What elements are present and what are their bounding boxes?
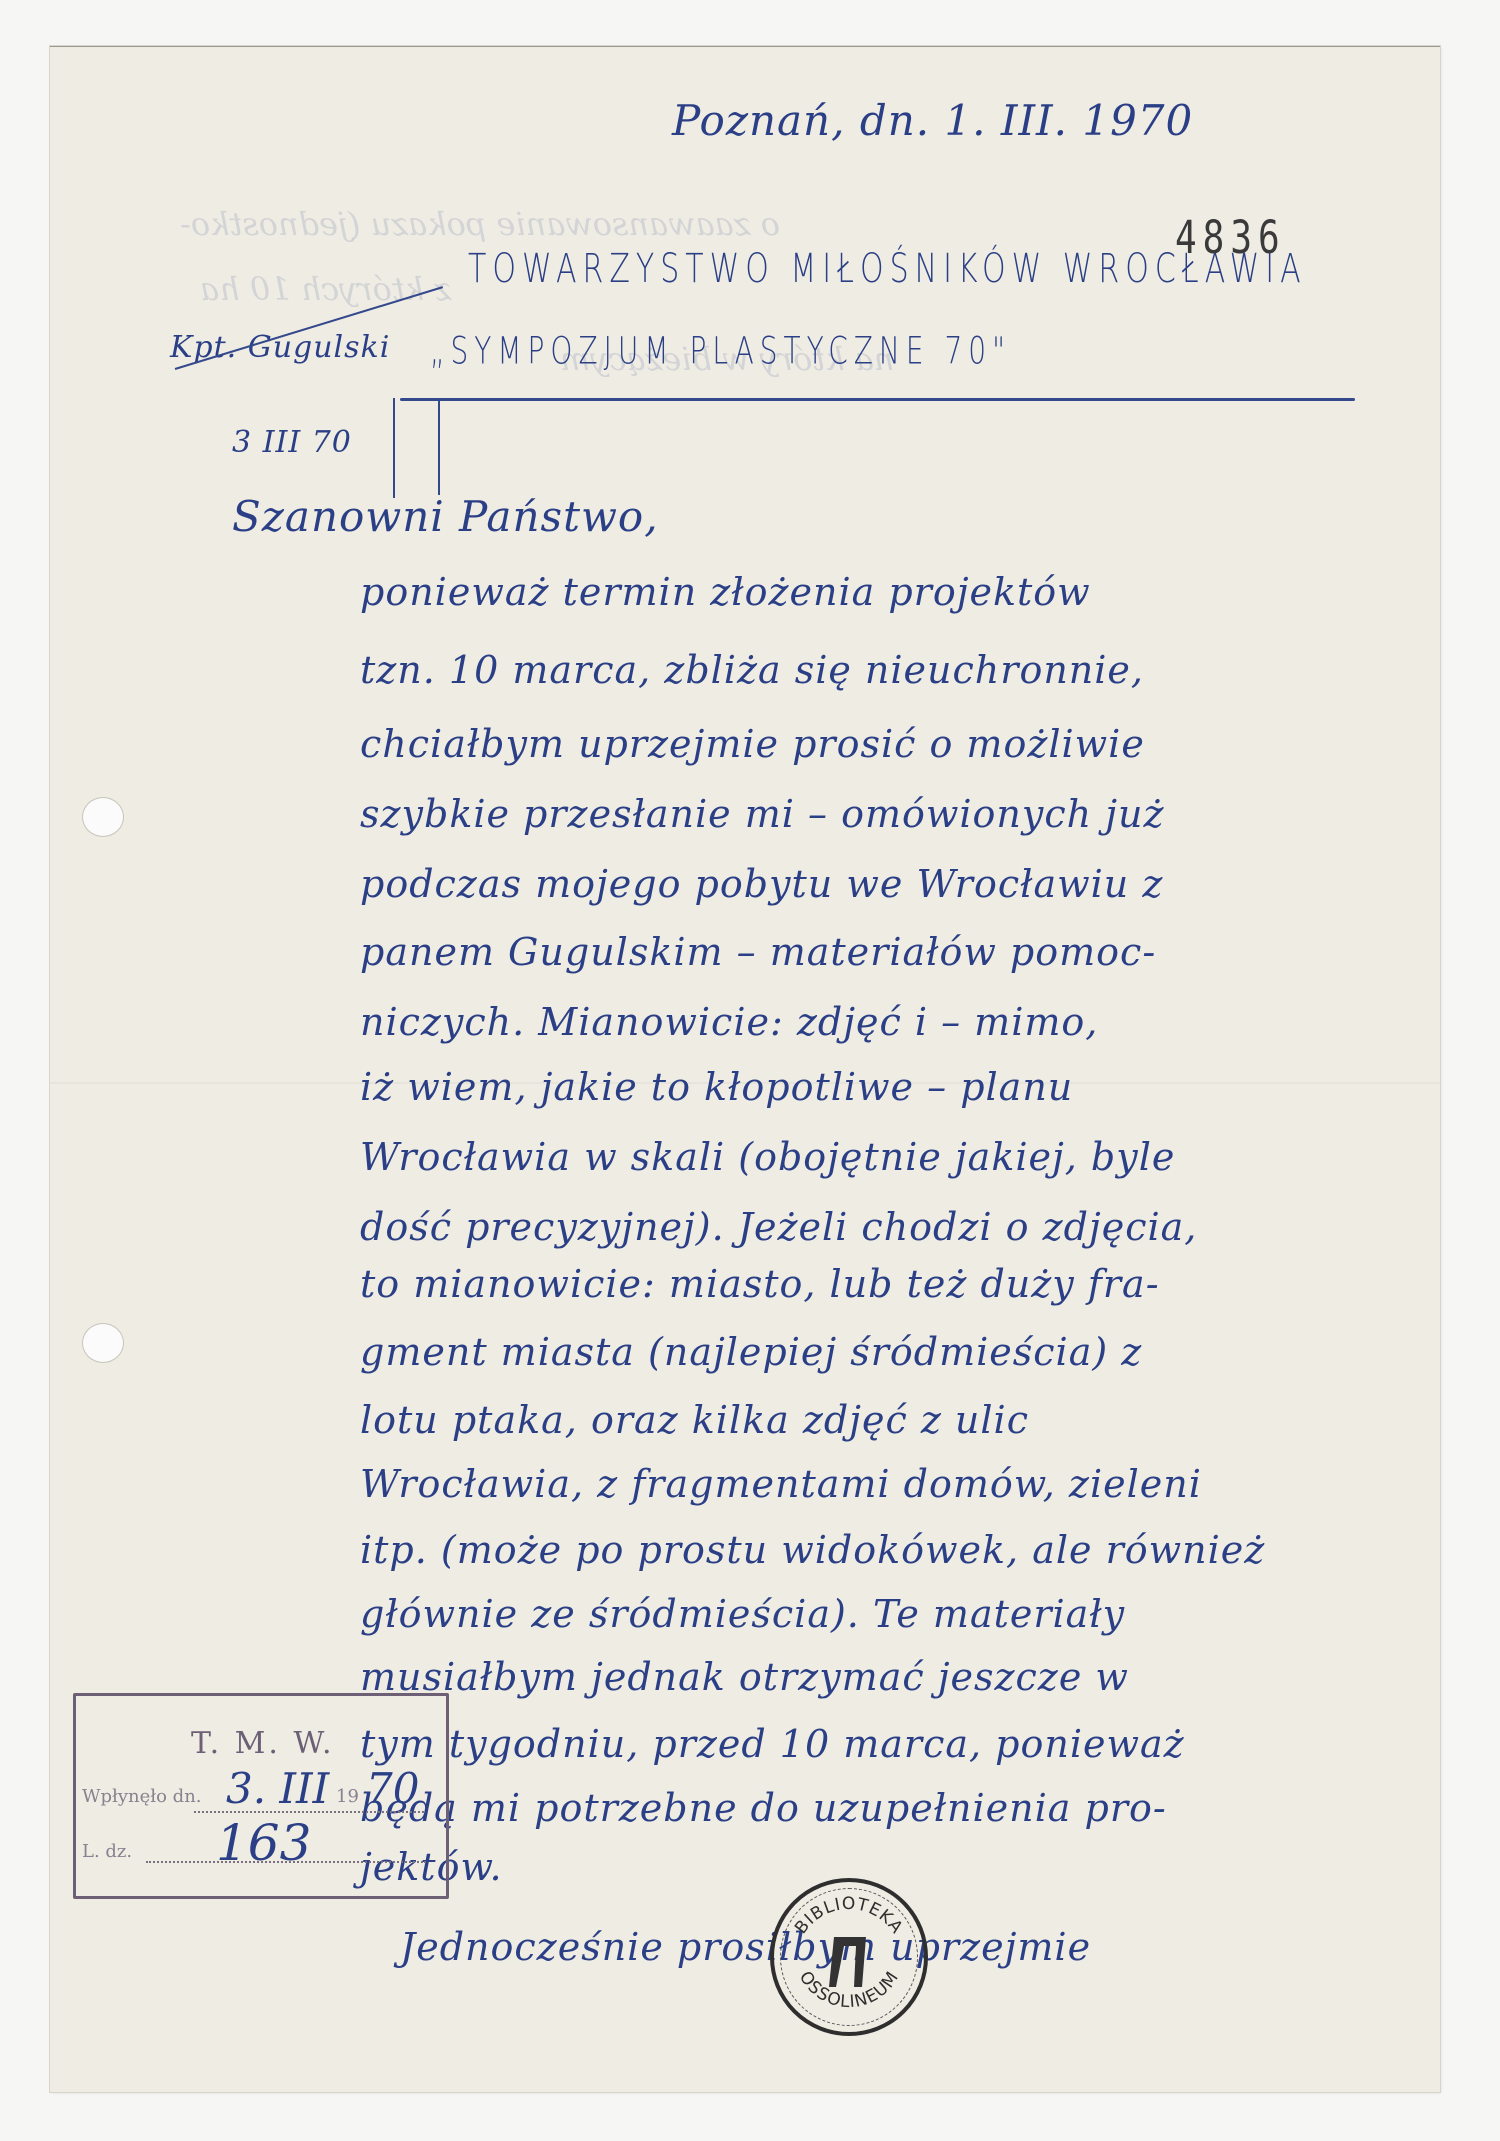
bleed-through-text: z których 10 ha [200,270,451,308]
body-line: Wrocławia, z fragmentami domów, zieleni [360,1462,1202,1506]
body-line: to mianowicie: miasto, lub też duży fra- [360,1262,1160,1306]
library-stamp-emblem-icon: BIBLIOTEKA OSSOLINEUM [774,1882,924,2032]
punch-hole-lower [82,1323,124,1363]
body-line: szybkie przesłanie mi – omówionych już [360,792,1164,836]
punch-hole-upper [82,797,124,837]
subject-underline [400,398,1355,401]
margin-bracket-right [438,400,440,495]
body-line: itp. (może po prostu widokówek, ale równ… [360,1528,1265,1572]
year-prefix: 19 [336,1786,359,1807]
body-line: będą mi potrzebne do uzupełnienia pro- [360,1786,1167,1830]
body-line: tym tygodniu, przed 10 marca, ponieważ [360,1722,1185,1766]
closing-line: Jednocześnie prosiłbym uprzejmie [400,1925,1091,1969]
body-line: musiałbym jednak otrzymać jeszcze w [360,1655,1129,1699]
body-line: lotu ptaka, oraz kilka zdjęć z ulic [360,1398,1029,1442]
body-line: dość precyzyjnej). Jeżeli chodzi o zdjęc… [360,1205,1197,1249]
svg-text:BIBLIOTEKA: BIBLIOTEKA [791,1894,907,1938]
body-line: głównie ze śródmieścia). Te materiały [360,1592,1125,1636]
ledger-label: L. dz. [82,1841,132,1862]
body-line: gment miasta (najlepiej śródmieścia) z [360,1330,1142,1374]
body-line: iż wiem, jakie to kłopotliwe – planu [360,1065,1073,1109]
margin-note-date: 3 III 70 [232,425,352,460]
margin-bracket-left [393,398,395,498]
bleed-through-text: o zaawansowanie pokazu (jednostko- [180,205,780,243]
received-year: 70 [366,1764,419,1813]
receipt-stamp: T. M. W. Wpłynęło dn. 3. III 19 70 L. dz… [73,1693,449,1899]
subject-heading: „SYMPOZJUM PLASTYCZNE 70" [430,328,1011,373]
received-label: Wpłynęło dn. [82,1786,202,1807]
body-line: Wrocławia w skali (obojętnie jakiej, byl… [360,1135,1175,1179]
body-line: niczych. Mianowicie: zdjęć i – mimo, [360,1000,1098,1044]
library-stamp: BIBLIOTEKA OSSOLINEUM [770,1878,928,2036]
organization-heading: TOWARZYSTWO MIŁOŚNIKÓW WROCŁAWIA [468,246,1307,293]
svg-text:OSSOLINEUM: OSSOLINEUM [795,1968,903,2013]
body-line: podczas mojego pobytu we Wrocławiu z [360,862,1163,906]
received-date: 3. III [226,1764,329,1813]
ledger-number: 163 [216,1814,311,1872]
body-line: tzn. 10 marca, zbliża się nieuchronnie, [360,648,1144,692]
salutation: Szanowni Państwo, [232,492,659,541]
body-line: ponieważ termin złożenia projektów [360,570,1091,614]
body-line: chciałbym uprzejmie prosić o możliwie [360,722,1145,766]
receipt-stamp-title: T. M. W. [191,1726,335,1761]
place-and-date: Poznań, dn. 1. III. 1970 [672,96,1193,145]
body-line: panem Gugulskim – materiałów pomoc- [360,930,1156,974]
